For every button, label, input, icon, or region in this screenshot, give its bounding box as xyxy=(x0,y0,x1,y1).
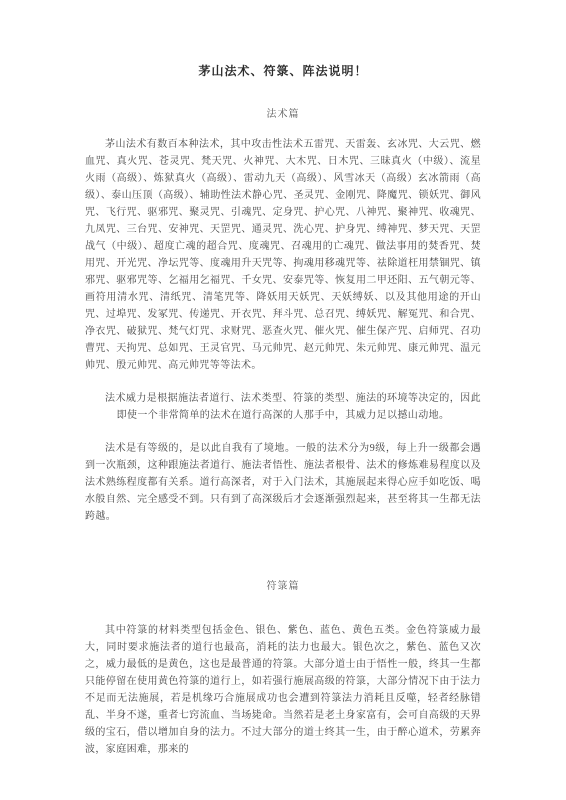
document-page: 茅山法术、符箓、阵法说明！ 法术篇 茅山法术有数百本种法术，其中攻击性法术五雷咒… xyxy=(0,0,566,800)
paragraph-spell-list: 茅山法术有数百本种法术，其中攻击性法术五雷咒、天雷轰、玄冰咒、大云咒、燃血咒、真… xyxy=(85,136,481,374)
document-title: 茅山法术、符箓、阵法说明！ xyxy=(85,62,481,79)
paragraph-talisman-types: 其中符箓的材料类型包括金色、银色、紫色、蓝色、黄色五类。金色符箓威力最大，同时要… xyxy=(85,622,481,758)
section-heading-fulu: 符箓篇 xyxy=(85,577,481,592)
paragraph-spell-power: 法术威力是根据施法者道行、法术类型、符箓的类型、施法的环境等决定的，因此即使一个… xyxy=(85,390,481,424)
paragraph-spell-levels: 法术是有等级的，是以此自我有了境地。一般的法术分为9级，每上升一级都会遇到一次瓶… xyxy=(85,440,481,525)
section-heading-fashu: 法术篇 xyxy=(85,105,481,120)
